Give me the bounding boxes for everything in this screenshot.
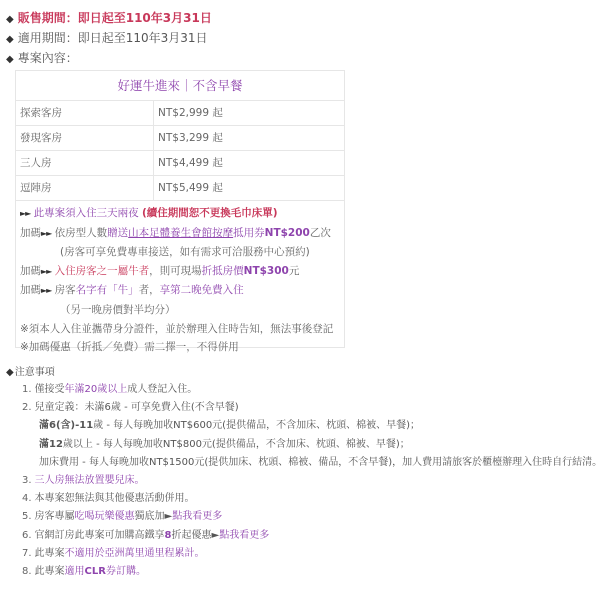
warning-id: ※須本人入住並攜帶身分證件，並於辦理入住時告知，無法事後登記: [20, 320, 340, 339]
bonus-massage: 加碼►► 依房型人數贈送山本足體養生會館按摩抵用券NT$200乙次: [20, 224, 340, 244]
diamond-bullet-icon: ◆: [6, 14, 14, 25]
bonus-massage-sub: (房客可享免費專車接送，如有需求可洽服務中心預約): [20, 243, 340, 262]
room-name: 三人房: [16, 151, 154, 175]
room-name: 探索客房: [16, 101, 154, 125]
notice-sub-item: 滿12歲以上 - 每人每晚加收NT$800元(提供備品，不含加床、枕頭、棉被、早…: [6, 436, 600, 454]
diamond-bullet-icon: ◆: [6, 367, 14, 378]
notice-sub-item: 加床費用 - 每人每晚加收NT$1500元(提供加床、枕頭、棉被、備品，不含早餐…: [6, 454, 600, 472]
room-row: 探索客房 NT$2,999 起: [16, 101, 344, 126]
stay-rule: ►► 此專案須入住三天兩夜 (續住期間恕不更換毛巾床單): [20, 204, 340, 224]
room-name: 逗陣房: [16, 176, 154, 200]
see-more-link[interactable]: 點我看更多: [172, 511, 222, 522]
valid-period: ◆適用期間：即日起至110年3月31日: [6, 30, 208, 48]
bonus-ox-name-sub: （另一晚房價對半均分）: [20, 301, 340, 320]
notice-item: 7.此專案不適用於亞洲萬里通里程累計。: [6, 545, 600, 563]
notices-section: ◆注意事項 1.僅接受年滿20歲以上成人登記入住。 2.兒童定義：未滿6歲 - …: [6, 365, 600, 581]
room-price: NT$4,499 起: [154, 151, 344, 175]
room-price: NT$2,999 起: [154, 101, 344, 125]
room-row: 發現客房 NT$3,299 起: [16, 126, 344, 151]
notice-item: 3.三人房無法放置嬰兒床。: [6, 472, 600, 490]
package-title: 好運牛進來｜不含早餐: [16, 71, 344, 101]
notice-item: 2.兒童定義：未滿6歲 - 可享免費入住(不含早餐): [6, 399, 600, 417]
diamond-bullet-icon: ◆: [6, 54, 14, 65]
room-price: NT$3,299 起: [154, 126, 344, 150]
notice-item: 6.官網訂房此專案可加購高鐵享8折起優惠►點我看更多: [6, 527, 600, 545]
notice-sub-item: 滿6(含)-11歲 - 每人每晚加收NT$600元(提供備品，不含加床、枕頭、棉…: [6, 417, 600, 435]
room-row: 三人房 NT$4,499 起: [16, 151, 344, 176]
massage-link[interactable]: 山本足體養生會館按摩: [128, 227, 233, 239]
notice-item: 8.此專案適用CLR券訂購。: [6, 563, 600, 581]
content-label: ◆專案內容：: [6, 50, 78, 68]
room-price: NT$5,499 起: [154, 176, 344, 200]
double-arrow-icon: ►►: [41, 229, 51, 238]
see-more-link[interactable]: 點我看更多: [219, 530, 269, 541]
bonus-ox-discount: 加碼►► 入住房客之一屬牛者，則可現場折抵房價NT$300元: [20, 262, 340, 282]
bonus-ox-name: 加碼►► 房客名字有「牛」者，享第二晚免費入住: [20, 281, 340, 301]
package-table: 好運牛進來｜不含早餐 探索客房 NT$2,999 起 發現客房 NT$3,299…: [15, 70, 345, 348]
warning-choose-one: ※加碼優惠（折抵／免費）需二擇一，不得併用: [20, 338, 340, 357]
diamond-bullet-icon: ◆: [6, 34, 14, 45]
notice-item: 1.僅接受年滿20歲以上成人登記入住。: [6, 381, 600, 399]
room-name: 發現客房: [16, 126, 154, 150]
notice-item: 5.房客專屬吃喝玩樂優惠獨底加►點我看更多: [6, 508, 600, 526]
notices-title: ◆注意事項: [6, 365, 600, 381]
double-arrow-icon: ►►: [41, 286, 51, 295]
room-row: 逗陣房 NT$5,499 起: [16, 176, 344, 201]
notice-item: 4.本專案恕無法與其他優惠活動併用。: [6, 490, 600, 508]
double-arrow-icon: ►►: [41, 267, 51, 276]
double-arrow-icon: ►►: [20, 209, 30, 218]
package-notes: ►► 此專案須入住三天兩夜 (續住期間恕不更換毛巾床單) 加碼►► 依房型人數贈…: [16, 201, 344, 357]
sale-period: ◆販售期間：即日起至110年3月31日: [6, 10, 212, 28]
